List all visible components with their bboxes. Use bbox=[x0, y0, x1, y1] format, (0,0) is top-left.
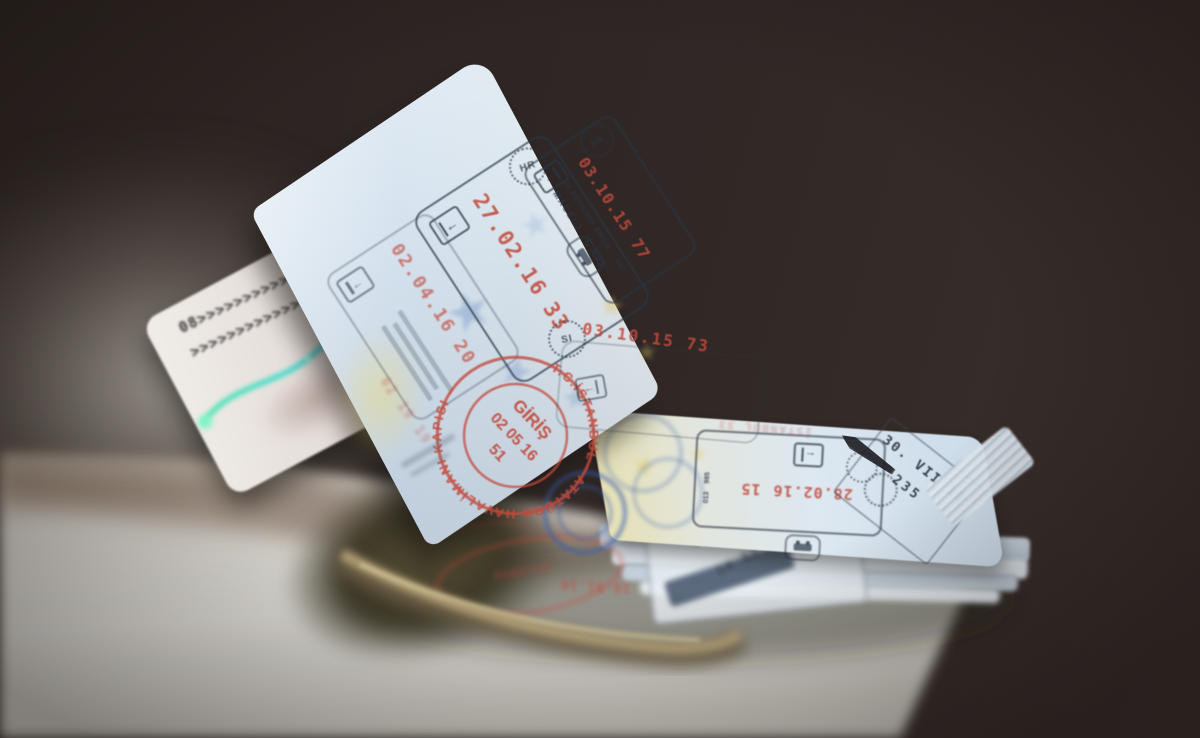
passport-photo: 08>>>>>>>>>>>>9625431 >>>>>>>>>>>>>>>>>>… bbox=[0, 0, 1200, 738]
page-bottom-curl bbox=[0, 0, 1200, 738]
